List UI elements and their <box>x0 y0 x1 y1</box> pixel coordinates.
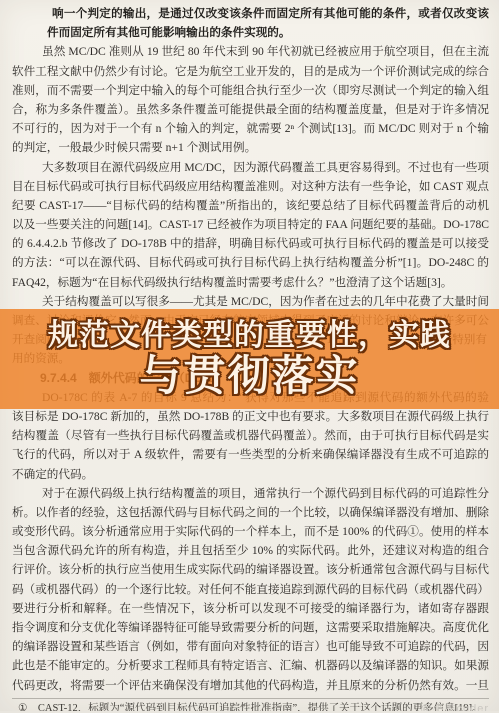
text-line: 代码更改，将需要一个评估来确保没有增加其他的代码构造，并且原来的分析仍然有效。一… <box>12 676 489 695</box>
text-fragment: 些特别有 <box>441 330 487 349</box>
text-line-partially-covered: 开查阅的 的 1~5 些特别有 <box>12 330 489 349</box>
section-heading: 9.7.4.4 额外代码的验证（DO-1 <box>12 369 489 388</box>
book-page-photo: 响一个判定的输出，是通过仅改变该条件而固定所有其他可能的条件，或者仅改变该条 件… <box>0 0 499 713</box>
text-line: 结构覆盖（尽管有一些执行目标代码覆盖或机器代码覆盖）。然而，由于可执行目标代码是… <box>12 426 489 445</box>
text-line: 飞行的代码，所以对于 A 级软件，需要有一些类型的分析来确保编译器没有生成不可追… <box>12 445 489 464</box>
text-line: DO-178C 的表 A-7 的目标 9 总结为：“获得对那些不能追踪到源代码的… <box>12 388 489 407</box>
text-fragment: 的 1~5 <box>312 330 344 349</box>
text-line: 纪要 CAST-17——“目标代码的结构覆盖”所指出的，该纪要总结了目标代码覆盖… <box>12 196 489 215</box>
text-line: 件而固定所有其他可能影响输出的条件实现的。 <box>12 23 489 42</box>
text-line: 行评价。该分析的执行应当使用生成实际代码的编译器设置。该分析通常包含源代码与目标… <box>12 560 489 579</box>
text-line: 调查、讨论和评价它；然而，由于它已经在航空领域中得到了广泛的讨论和辩论，有许多可… <box>12 311 489 330</box>
text-line: 目在目标代码或可执行目标代码级应用结构覆盖准则。对这种方法有一些争论，如 CAS… <box>12 177 489 196</box>
text-line: 要进行分析和解释。在一些情况下，该分析可以发现不可接受的编译器行为，诸如寄存器跟… <box>12 599 489 618</box>
text-line: 或变形代码。该分析通常应用于实际代码的一个样本上，而不是 100% 的代码①。使… <box>12 522 489 541</box>
footnote-divider <box>12 698 489 699</box>
text-line: 不可行的，因为对于一个有 n 个输入的判定，就需要 2ⁿ 个测试[13]。而 M… <box>12 119 489 138</box>
page-text-column: 响一个判定的输出，是通过仅改变该条件而固定所有其他可能的条件，或者仅改变该条 件… <box>12 4 489 713</box>
text-fragment: 开查阅的 <box>12 333 58 346</box>
text-line: 的方法：“可以在源代码、目标代码或可执行目标代码上执行结构覆盖分析”[1]。DO… <box>12 253 489 272</box>
text-line: 大多数项目在源代码级应用 MC/DC，因为源代码覆盖工具更容易得到。不过也有一些… <box>12 158 489 177</box>
text-line: 准则，而不需要一个判定中输入的每个可能组合执行至少一次（即穷尽测试一个判定的输入… <box>12 81 489 100</box>
text-line: 指令调度和分支优化等编译器特征可能导致需要分析的问题，这需要采取措施解决。高度优… <box>12 618 489 637</box>
text-line: 用的资源。 <box>12 349 489 368</box>
text-line: 虽然 MC/DC 准则从 19 世纪 80 年代末到 90 年代初就已经被应用于… <box>12 42 489 61</box>
text-line: 响一个判定的输出，是通过仅改变该条件而固定所有其他可能的条件，或者仅改变该条 <box>12 4 489 23</box>
text-line: 此也是不能审定的。分析要求工程师具有特定语言、汇编、机器码以及编译器的知识。如果… <box>12 656 489 675</box>
text-line: 关于结构覆盖可以写很多——尤其是 MC/DC，因为作者在过去的几年中花费了大量时… <box>12 292 489 311</box>
text-line: 以及一些要关注的问题[14]。CAST-17 已经被作为项目特定的 FAA 问题… <box>12 215 489 234</box>
text-line: FAQ42，标题为“在目标代码级执行结构覆盖时需要考虑什么？”也澄清了这个话题[… <box>12 273 489 292</box>
text-line: 析。以作者的经验，这包括源代码与目标代码之间的一个比较，以确保编译器没有增加、删… <box>12 503 489 522</box>
text-line: 当包含源代码允许的所有构造，并且包括至少 10% 的实际代码。此外，还建议对构造… <box>12 541 489 560</box>
text-line: 合，称为多条件覆盖）。虽然多条件覆盖可能提供最全面的结构覆盖度量，但是对于许多情… <box>12 100 489 119</box>
text-line: 对于在源代码级上执行结构覆盖的项目，通常执行一个源代码到目标代码的可追踪性分 <box>12 484 489 503</box>
text-line: 不确定的代码。 <box>12 465 489 484</box>
text-line: 的编译器设置和某些语言（例如，带有面向对象特征的语言）也可能导致不可追踪的代码，… <box>12 637 489 656</box>
text-line: 软件工程文献中仍然少有讨论。它是为航空工业开发的，目的是成为一个评价测试完成的综… <box>12 62 489 81</box>
text-line: 的 6.4.4.2.b 节修改了 DO-178B 中的措辞，明确目标代码或可执行… <box>12 234 489 253</box>
text-line: 该目标是 DO-178C 新加的，虽然 DO-178B 的正文中也有要求。大多数… <box>12 407 489 426</box>
text-line: 码（或机器代码）的一个逐行比较。对任何不能直接追踪到源代码的目标代码（或机器代码… <box>12 580 489 599</box>
text-line: 的判定，一般最少时候只需要 n+1 个测试用例。 <box>12 138 489 157</box>
